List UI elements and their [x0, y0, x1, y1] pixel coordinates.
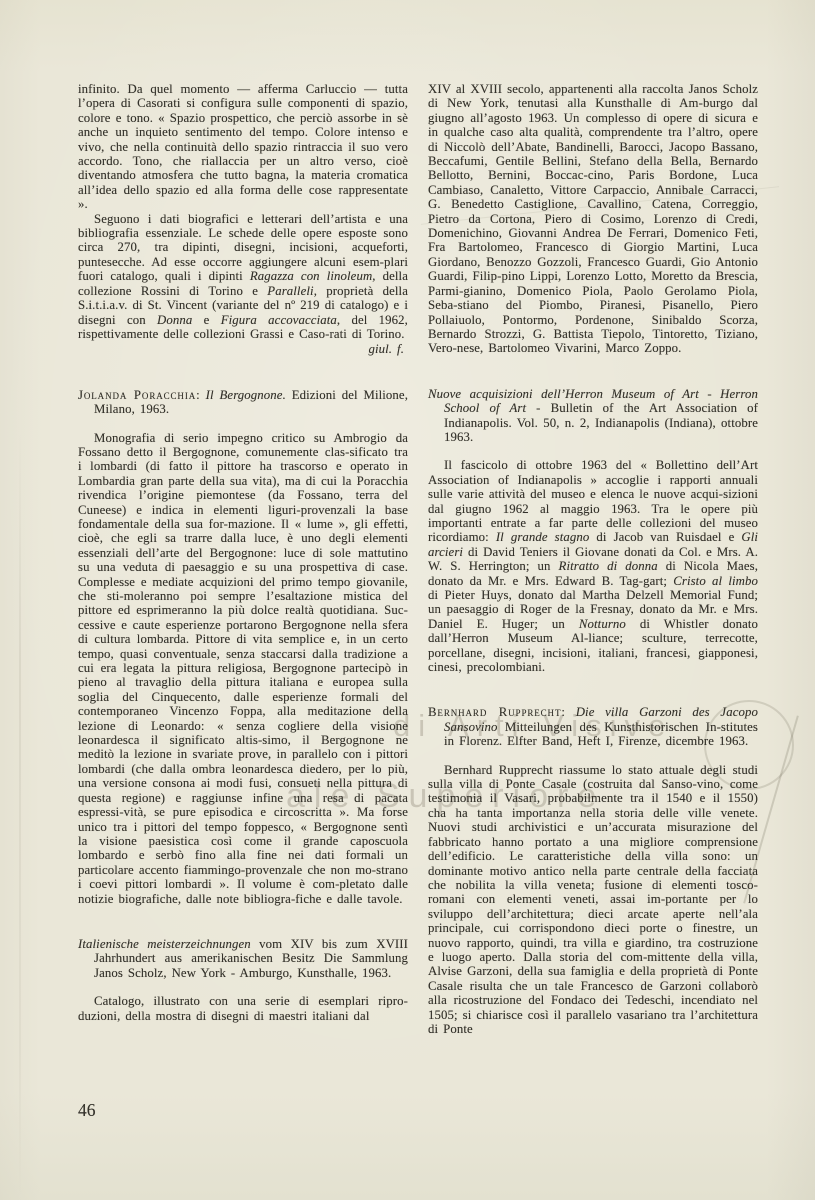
text-segment: Bernhard Rupprecht: [428, 705, 561, 719]
text-segment: Ritratto di donna: [559, 559, 658, 573]
text-columns: infinito. Da quel momento — afferma Carl…: [78, 82, 758, 1036]
text-segment: Notturno: [579, 617, 626, 631]
scanned-page: di Arti Visive ale Superiore infinito. D…: [0, 0, 815, 1200]
text-block-p: Seguono i dati biografici e letterari de…: [78, 212, 408, 342]
text-segment: infinito. Da quel momento — afferma Carl…: [78, 82, 408, 211]
text-segment: Catalogo, illustrato con una serie di es…: [78, 994, 408, 1022]
text-segment: Il grande stagno: [496, 530, 590, 544]
text-block-p: Catalogo, illustrato con una serie di es…: [78, 994, 408, 1023]
page-number: 46: [78, 1100, 96, 1121]
text-block-heading: Bernhard Rupprecht: Die villa Garzoni de…: [428, 705, 758, 748]
text-segment: e: [192, 313, 220, 327]
text-block-p: Bernhard Rupprecht riassume lo stato att…: [428, 763, 758, 1037]
text-block-p: Il fascicolo di ottobre 1963 del « Bolle…: [428, 458, 758, 674]
text-segment: XIV al XVIII secolo, appartenenti alla r…: [428, 82, 758, 355]
text-segment: Monografia di serio impegno critico su A…: [78, 431, 408, 906]
text-block-p: infinito. Da quel momento — afferma Carl…: [78, 82, 408, 212]
text-segment: :: [196, 388, 206, 402]
text-segment: Jolanda Poracchia: [78, 388, 196, 402]
text-segment: Cristo al limbo: [673, 574, 758, 588]
text-block-heading: Nuove acquisizioni dell’Herron Museum of…: [428, 387, 758, 445]
text-segment: Figura accovacciata: [221, 313, 337, 327]
left-column: infinito. Da quel momento — afferma Carl…: [78, 82, 408, 1036]
text-segment: Bernhard Rupprecht riassume lo stato att…: [428, 763, 758, 1036]
text-segment: giul. f.: [368, 342, 404, 356]
text-segment: Paralleli: [267, 284, 313, 298]
text-block-p: XIV al XVIII secolo, appartenenti alla r…: [428, 82, 758, 356]
text-segment: di Jacob van Ruisdael e: [589, 530, 741, 544]
page-crease-vertical: [19, 430, 21, 1200]
text-block-heading: Jolanda Poracchia: Il Bergognone. Edizio…: [78, 388, 408, 417]
right-column: XIV al XVIII secolo, appartenenti alla r…: [428, 82, 758, 1036]
text-segment: Ragazza con linoleum: [250, 269, 372, 283]
text-segment: Donna: [157, 313, 192, 327]
text-block-p: Monografia di serio impegno critico su A…: [78, 431, 408, 906]
text-segment: :: [561, 705, 575, 719]
text-segment: Il Bergognone.: [206, 388, 286, 402]
text-block-heading: Italienische meisterzeichnungen vom XIV …: [78, 937, 408, 980]
text-block-sig: giul. f.: [78, 342, 408, 356]
text-segment: Italienische meisterzeichnungen: [78, 937, 251, 951]
